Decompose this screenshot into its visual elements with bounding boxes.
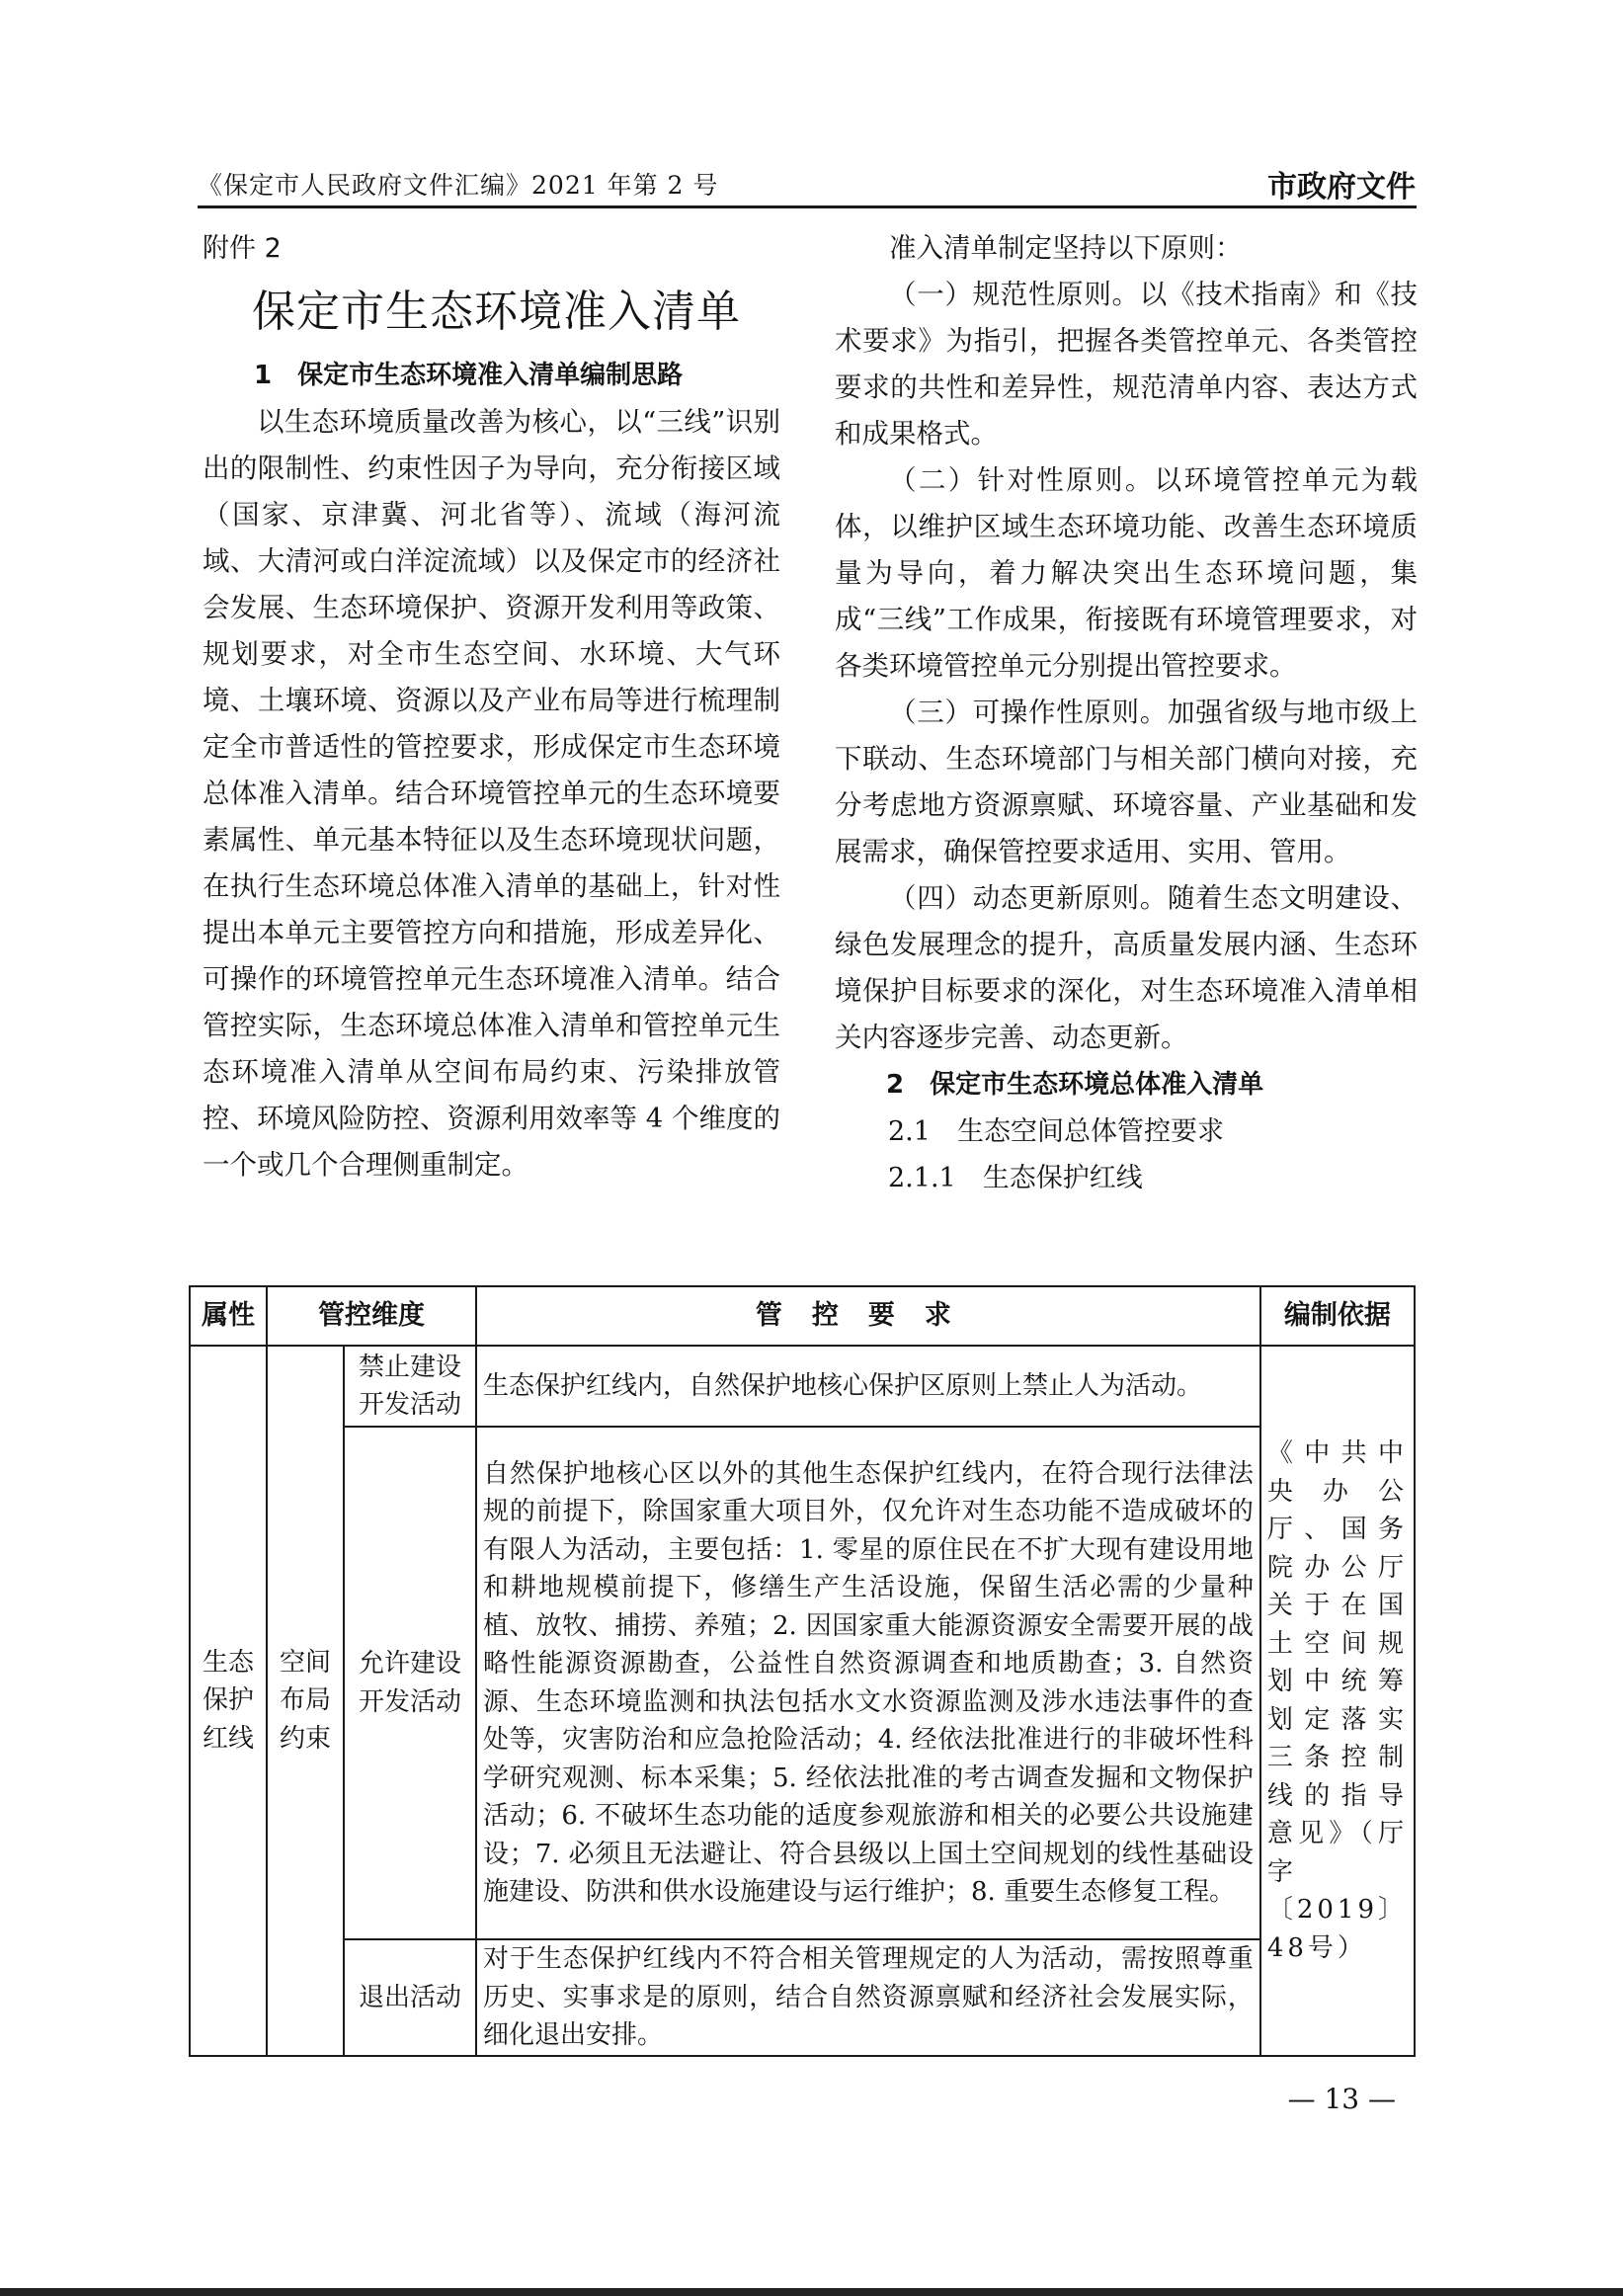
page-number: — 13 — (1288, 2083, 1396, 2115)
table-header-row: 属性 管控维度 管控要求 编制依据 (190, 1286, 1415, 1346)
principle-2: （二）针对性原则。以环境管控单元为载体，以维护区域生态环境功能、改善生态环境质量… (835, 457, 1418, 690)
left-column: 附件 2 保定市生态环境准入清单 1 保定市生态环境准入清单编制思路 以生态环境… (203, 225, 780, 1189)
table-row: 生态保护红线 空间布局约束 禁止建设开发活动 生态保护红线内，自然保护地核心保护… (190, 1346, 1415, 1427)
heading-1: 1 保定市生态环境准入清单编制思路 (203, 352, 780, 399)
right-column: 准入清单制定坚持以下原则： （一）规范性原则。以《技术指南》和《技术要求》为指引… (835, 225, 1418, 1201)
principle-1: （一）规范性原则。以《技术指南》和《技术要求》为指引，把握各类管控单元、各类管控… (835, 272, 1418, 457)
requirements-table: 属性 管控维度 管控要求 编制依据 生态保护红线 空间布局约束 禁止建设开发活动… (189, 1285, 1416, 2057)
heading-2-1: 2.1 生态空间总体管控要求 (835, 1108, 1418, 1155)
running-head: 《保定市人民政府文件汇编》2021 年第 2 号 (198, 166, 718, 202)
paragraph-approach: 以生态环境质量改善为核心，以“三线”识别出的限制性、约束性因子为导向，充分衔接区… (203, 399, 780, 1189)
header-dimension: 管控维度 (267, 1286, 476, 1346)
principle-4: （四）动态更新原则。随着生态文明建设、绿色发展理念的提升，高质量发展内涵、生态环… (835, 875, 1418, 1061)
heading-2: 2 保定市生态环境总体准入清单 (835, 1061, 1418, 1108)
table-row: 允许建设开发活动 自然保护地核心区以外的其他生态保护红线内，在符合现行法律法规的… (190, 1427, 1415, 1939)
basis-cell: 《中共中央办公厅、国务院办公厅关于在国土空间规划中统筹划定落实三条控制线的指导意… (1260, 1346, 1415, 2056)
document-title: 保定市生态环境准入清单 (203, 273, 780, 352)
activity-cell: 禁止建设开发活动 (344, 1346, 476, 1427)
section-tag: 市政府文件 (1267, 162, 1416, 205)
attribute-cell: 生态保护红线 (190, 1346, 267, 2056)
principles-intro: 准入清单制定坚持以下原则： (835, 225, 1418, 272)
header-attribute: 属性 (190, 1286, 267, 1346)
header-basis: 编制依据 (1260, 1286, 1415, 1346)
activity-cell: 退出活动 (344, 1939, 476, 2056)
attachment-label: 附件 2 (203, 225, 780, 273)
activity-cell: 允许建设开发活动 (344, 1427, 476, 1939)
requirement-cell: 生态保护红线内，自然保护地核心保护区原则上禁止人为活动。 (476, 1346, 1260, 1427)
requirement-cell: 对于生态保护红线内不符合相关管理规定的人为活动，需按照尊重历史、实事求是的原则，… (476, 1939, 1260, 2056)
header-rule (198, 205, 1417, 208)
heading-2-1-1: 2.1.1 生态保护红线 (835, 1155, 1418, 1201)
table-row: 退出活动 对于生态保护红线内不符合相关管理规定的人为活动，需按照尊重历史、实事求… (190, 1939, 1415, 2056)
requirement-cell: 自然保护地核心区以外的其他生态保护红线内，在符合现行法律法规的前提下，除国家重大… (476, 1427, 1260, 1939)
scan-edge (0, 2288, 1623, 2296)
header-requirement: 管控要求 (476, 1286, 1260, 1346)
dimension-cell: 空间布局约束 (267, 1346, 344, 2056)
principle-3: （三）可操作性原则。加强省级与地市级上下联动、生态环境部门与相关部门横向对接，充… (835, 690, 1418, 875)
